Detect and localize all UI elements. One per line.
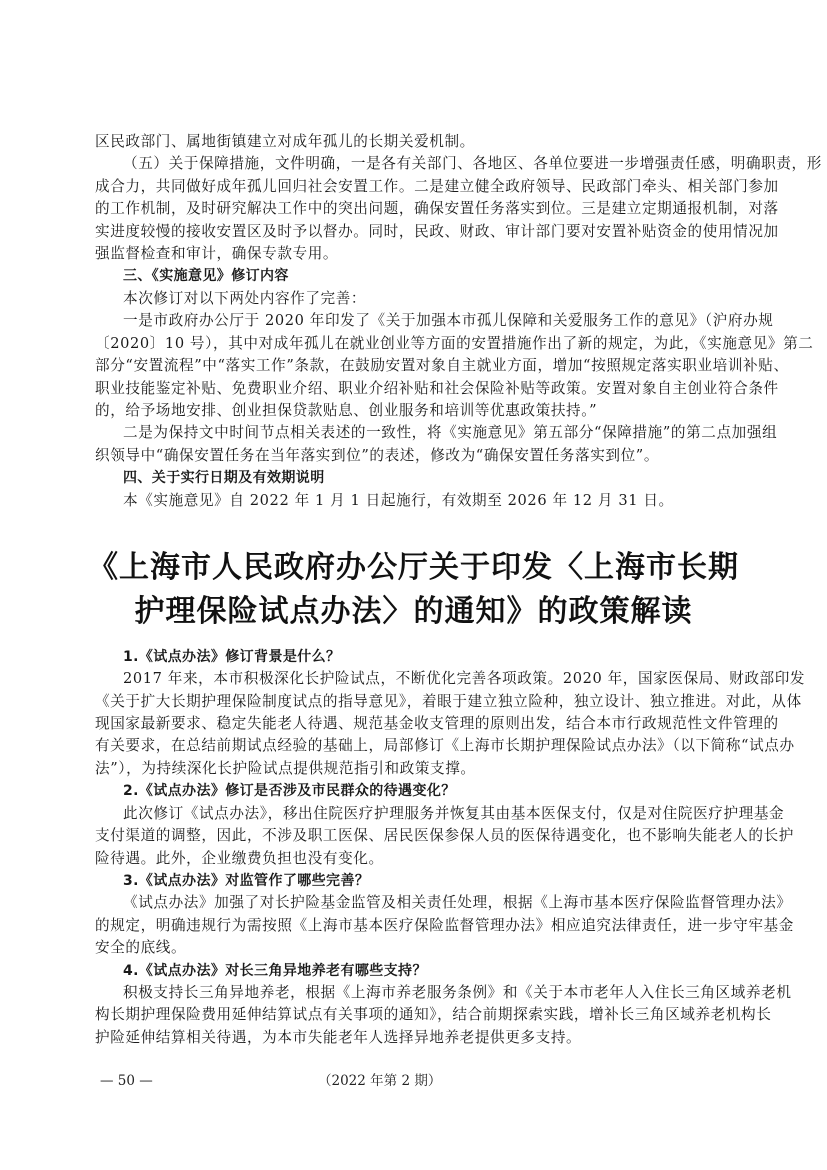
section-heading-4: 四、关于实行日期及有效期说明 [123,467,731,489]
paragraph-line: 护险延伸结算相关待遇，为本市失能老年人选择异地养老提供更多支持。 [95,1027,731,1049]
paragraph-line: 织领导中“确保安置任务在当年落实到位”的表述，修改为“确保安置任务落实到位”。 [95,445,731,467]
section-heading-3: 三、《实施意见》修订内容 [123,265,731,287]
paragraph-line: 法”），为持续深化长护险试点提供规范指引和政策支撑。 [95,758,731,780]
paragraph-line: 本次修订对以下两处内容作了完善： [123,288,731,310]
paragraph-line: 部分“安置流程”中“落实工作”条款，在鼓励安置对象自主就业方面，增加“按照规定落… [95,355,731,377]
paragraph-line: 二是为保持文中时间节点相关表述的一致性，将《实施意见》第五部分“保障措施”的第二… [123,422,731,444]
paragraph-line: 一是市政府办公厅于 2020 年印发了《关于加强本市孤儿保障和关爱服务工作的意见… [123,310,731,332]
paragraph-line: 成合力，共同做好成年孤儿回归社会安置工作。二是建立健全政府领导、民政部门牵头、相… [95,176,731,198]
question-heading-4: 4.《试点办法》对长三角异地养老有哪些支持？ [123,960,731,982]
paragraph-line: （五）关于保障措施，文件明确，一是各有关部门、各地区、各单位要进一步增强责任感，… [123,153,731,175]
paragraph-line: 2017 年来，本市积极深化长护险试点，不断优化完善各项政策。2020 年，国家… [123,668,731,690]
paragraph-line: 的，给予场地安排、创业担保贷款贴息、创业服务和培训等优惠政策扶持。” [95,400,731,422]
paragraph-line: 强监督检查和审计，确保专款专用。 [95,243,731,265]
paragraph-line: 支付渠道的调整，因此，不涉及职工医保、居民医保参保人员的医保待遇变化，也不影响失… [95,825,731,847]
paragraph-line: 此次修订《试点办法》，移出住院医疗护理服务并恢复其由基本医保支付，仅是对住院医疗… [123,803,731,825]
paragraph-line: 现国家最新要求、稳定失能老人待遇、规范基金收支管理的原则出发，结合本市行政规范性… [95,713,731,735]
paragraph-line: 的规定，明确违规行为需按照《上海市基本医疗保险监督管理办法》相应追究法律责任，进… [95,915,731,937]
article-title-line-1: 《上海市人民政府办公厅关于印发〈上海市长期 [0,548,827,588]
article-title-line-2: 护理保险试点办法〉的通知》的政策解读 [0,592,827,632]
paragraph-line: 的工作机制，及时研究解决工作中的突出问题，确保安置任务落实到位。三是建立定期通报… [95,198,731,220]
paragraph-line: 职业技能鉴定补贴、免费职业介绍、职业介绍补贴和社会保险补贴等政策。安置对象自主创… [95,378,731,400]
paragraph-line: 〔2020〕10 号），其中对成年孤儿在就业创业等方面的安置措施作出了新的规定，… [95,333,731,355]
paragraph-line: 《试点办法》加强了对长护险基金监管及相关责任处理，根据《上海市基本医疗保险监督管… [123,892,731,914]
paragraph-line: 积极支持长三角异地养老，根据《上海市养老服务条例》和《关于本市老年人入住长三角区… [123,982,731,1004]
question-heading-1: 1.《试点办法》修订背景是什么？ [123,646,731,668]
paragraph-line: 有关要求，在总结前期试点经验的基础上，局部修订《上海市长期护理保险试点办法》（以… [95,735,731,757]
paragraph-line: 《关于扩大长期护理保险制度试点的指导意见》，着眼于建立独立险种，独立设计、独立推… [95,691,731,713]
document-page: 区民政部门、属地街镇建立对成年孤儿的长期关爱机制。 （五）关于保障措施，文件明确… [0,0,827,1170]
paragraph-line: 险待遇。此外，企业缴费负担也没有变化。 [95,848,731,870]
issue-label: （2022 年第 2 期） [318,1071,441,1091]
paragraph-line: 区民政部门、属地街镇建立对成年孤儿的长期关爱机制。 [95,131,731,153]
paragraph-line: 安全的底线。 [95,937,731,959]
paragraph-line: 本《实施意见》自 2022 年 1 月 1 日起施行，有效期至 2026 年 1… [123,490,731,512]
page-number: — 50 — [100,1071,153,1091]
paragraph-line: 构长期护理保险费用延伸结算试点有关事项的通知》，结合前期探索实践，增补长三角区域… [95,1004,731,1026]
paragraph-line: 实进度较慢的接收安置区及时予以督办。同时，民政、财政、审计部门要对安置补贴资金的… [95,221,731,243]
question-heading-3: 3.《试点办法》对监管作了哪些完善？ [123,870,731,892]
question-heading-2: 2.《试点办法》修订是否涉及市民群众的待遇变化？ [123,780,731,802]
